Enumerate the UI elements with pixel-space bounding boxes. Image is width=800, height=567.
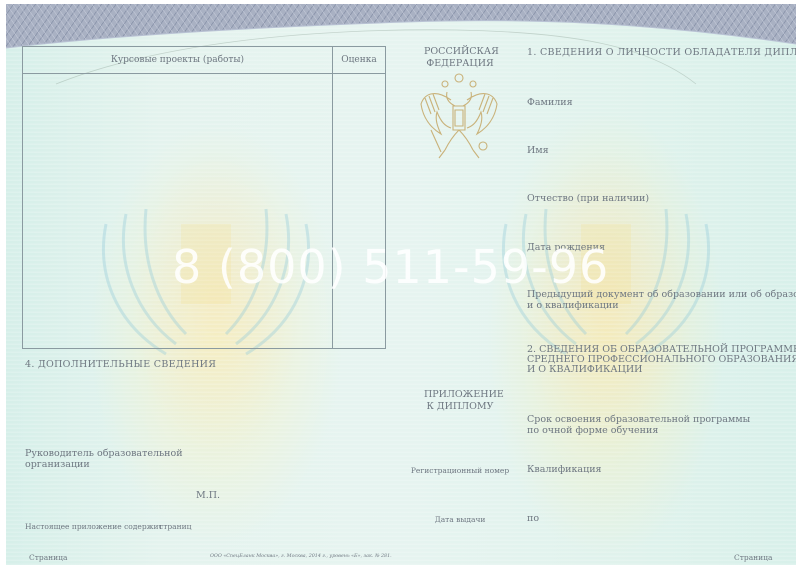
- coursework-column-title: Курсовые проекты (работы): [23, 55, 332, 65]
- pages-count-suffix: страниц: [159, 522, 191, 531]
- head-label-line2: организации: [25, 459, 90, 470]
- patronymic-label: Отчество (при наличии): [527, 193, 649, 204]
- country-line1: РОССИЙСКАЯ: [424, 46, 496, 57]
- printer-imprint: ООО «СпецБланк Москва», г. Москва, 2014 …: [210, 554, 392, 559]
- grade-column-title: Оценка: [333, 55, 385, 65]
- country-line2: ФЕДЕРАЦИЯ: [424, 58, 496, 69]
- coursework-table-column-divider: [332, 47, 333, 348]
- appendix-line1: ПРИЛОЖЕНИЕ: [424, 389, 496, 400]
- reg-number-label: Регистрационный номер: [410, 466, 510, 475]
- stamp-label: М.П.: [196, 490, 220, 501]
- duration-line2: по очной форме обучения: [527, 425, 658, 436]
- prev-doc-line2: и о квалификации: [527, 300, 619, 311]
- section2-line3: И О КВАЛИФИКАЦИИ: [527, 364, 642, 375]
- name-label: Имя: [527, 145, 549, 156]
- russian-coat-of-arms-icon: [417, 70, 501, 162]
- left-page-label: Страница: [29, 553, 67, 562]
- right-page-label: Страница: [734, 553, 772, 562]
- issue-date-label: Дата выдачи: [410, 515, 510, 524]
- duration-line1: Срок освоения образовательной программы: [527, 414, 750, 425]
- coursework-table: Курсовые проекты (работы) Оценка: [22, 46, 386, 349]
- head-label-line1: Руководитель образовательной: [25, 448, 183, 459]
- qualification-label: Квалификация: [527, 464, 602, 475]
- phone-number-overlay: 8 (800) 511-59-96: [172, 240, 609, 294]
- section4-title: 4. ДОПОЛНИТЕЛЬНЫЕ СВЕДЕНИЯ: [25, 359, 216, 370]
- pages-count-prefix: Настоящее приложение содержит: [25, 522, 163, 531]
- surname-label: Фамилия: [527, 97, 573, 108]
- by-label: по: [527, 513, 539, 524]
- diploma-supplement-spread: Курсовые проекты (работы) Оценка 4. ДОПО…: [6, 4, 796, 565]
- section1-title: 1. СВЕДЕНИЯ О ЛИЧНОСТИ ОБЛАДАТЕЛЯ ДИПЛОМ…: [527, 47, 796, 58]
- appendix-line2: К ДИПЛОМУ: [424, 401, 496, 412]
